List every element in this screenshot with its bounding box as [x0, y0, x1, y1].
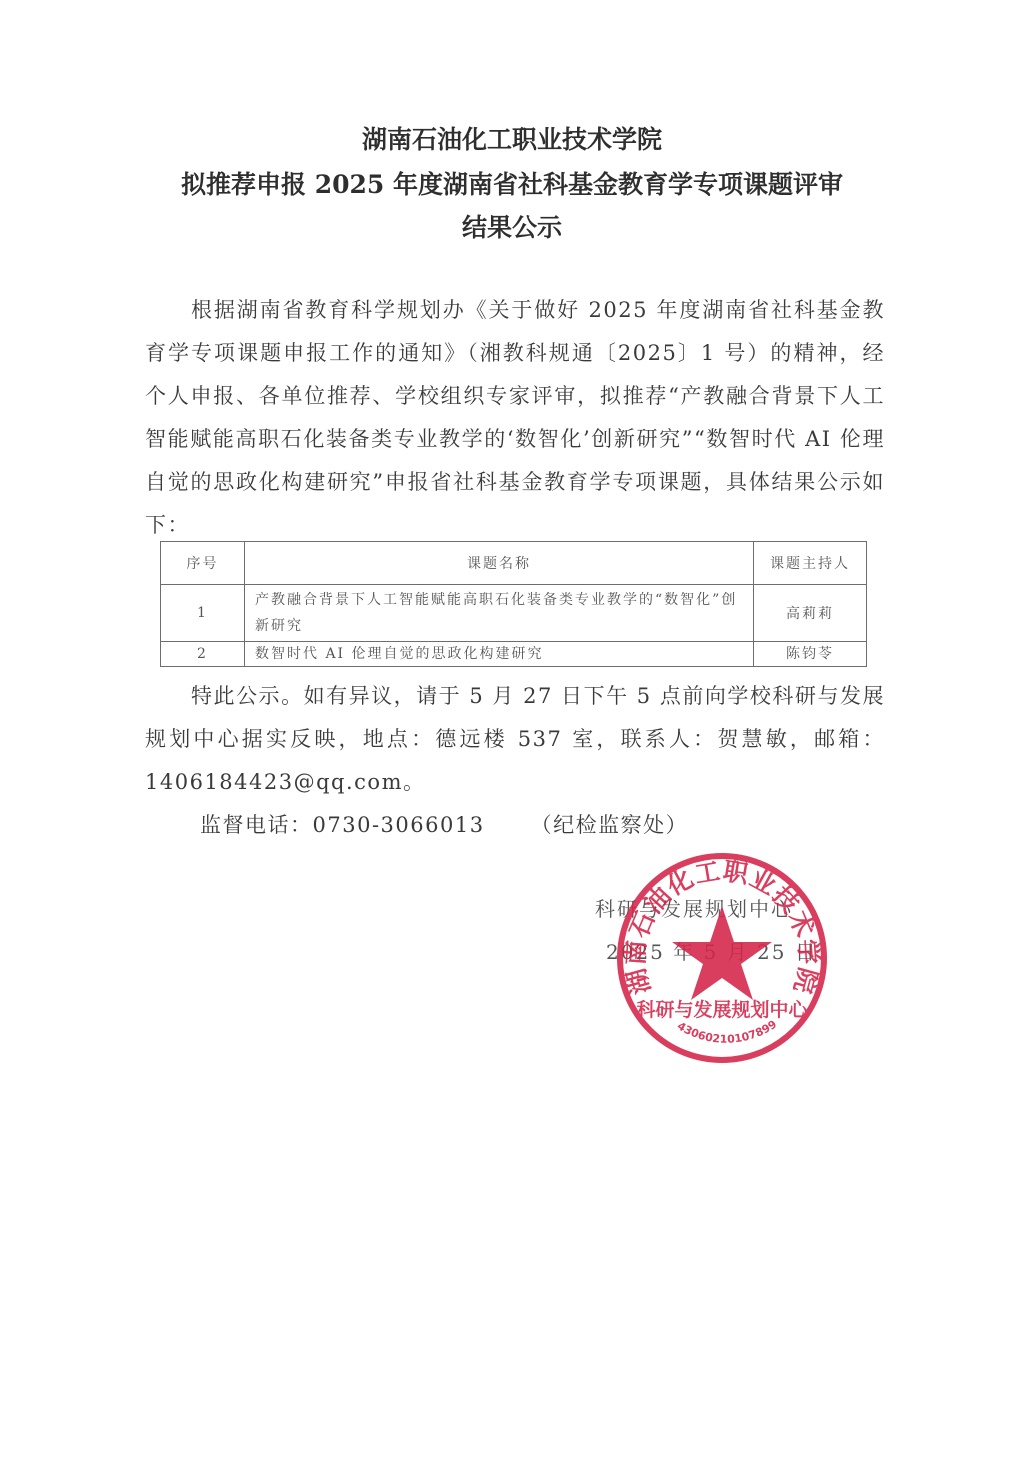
svg-text:科研与发展规划中心: 科研与发展规划中心 [636, 998, 808, 1021]
table-header-row: 序号 课题名称 课题主持人 [161, 542, 867, 585]
row-name: 产教融合背景下人工智能赋能高职石化装备类专业教学的“数智化”创新研究 [245, 585, 754, 642]
official-stamp-icon: 湖南石油化工职业技术学院 科研与发展规划中心 43060210107899 [612, 848, 832, 1068]
header-no: 序号 [161, 542, 245, 585]
title-line-1: 湖南石油化工职业技术学院 [0, 120, 1024, 156]
table-row: 2 数智时代 AI 伦理自觉的思政化构建研究 陈钧苓 [161, 642, 867, 667]
row-name: 数智时代 AI 伦理自觉的思政化构建研究 [245, 642, 754, 667]
intro-paragraph: 根据湖南省教育科学规划办《关于做好 2025 年度湖南省社科基金教育学专项课题申… [145, 289, 885, 547]
svg-text:43060210107899: 43060210107899 [675, 1018, 779, 1046]
table-row: 1 产教融合背景下人工智能赋能高职石化装备类专业教学的“数智化”创新研究 高莉莉 [161, 585, 867, 642]
header-host: 课题主持人 [754, 542, 867, 585]
supervision-line: 监督电话：0730-3066013（纪检监察处） [200, 804, 800, 847]
results-table: 序号 课题名称 课题主持人 1 产教融合背景下人工智能赋能高职石化装备类专业教学… [160, 541, 867, 667]
row-no: 1 [161, 585, 245, 642]
star-icon [672, 906, 772, 1000]
header-name: 课题名称 [245, 542, 754, 585]
row-host: 陈钧苓 [754, 642, 867, 667]
title-line-3: 结果公示 [0, 208, 1024, 244]
supervision-dept: （纪检监察处） [531, 813, 689, 837]
row-host: 高莉莉 [754, 585, 867, 642]
supervision-phone: 监督电话：0730-3066013 [200, 813, 485, 837]
row-no: 2 [161, 642, 245, 667]
title-line-2: 拟推荐申报 2025 年度湖南省社科基金教育学专项课题评审 [0, 165, 1024, 201]
notice-paragraph: 特此公示。如有异议，请于 5 月 27 日下午 5 点前向学校科研与发展规划中心… [145, 675, 885, 804]
